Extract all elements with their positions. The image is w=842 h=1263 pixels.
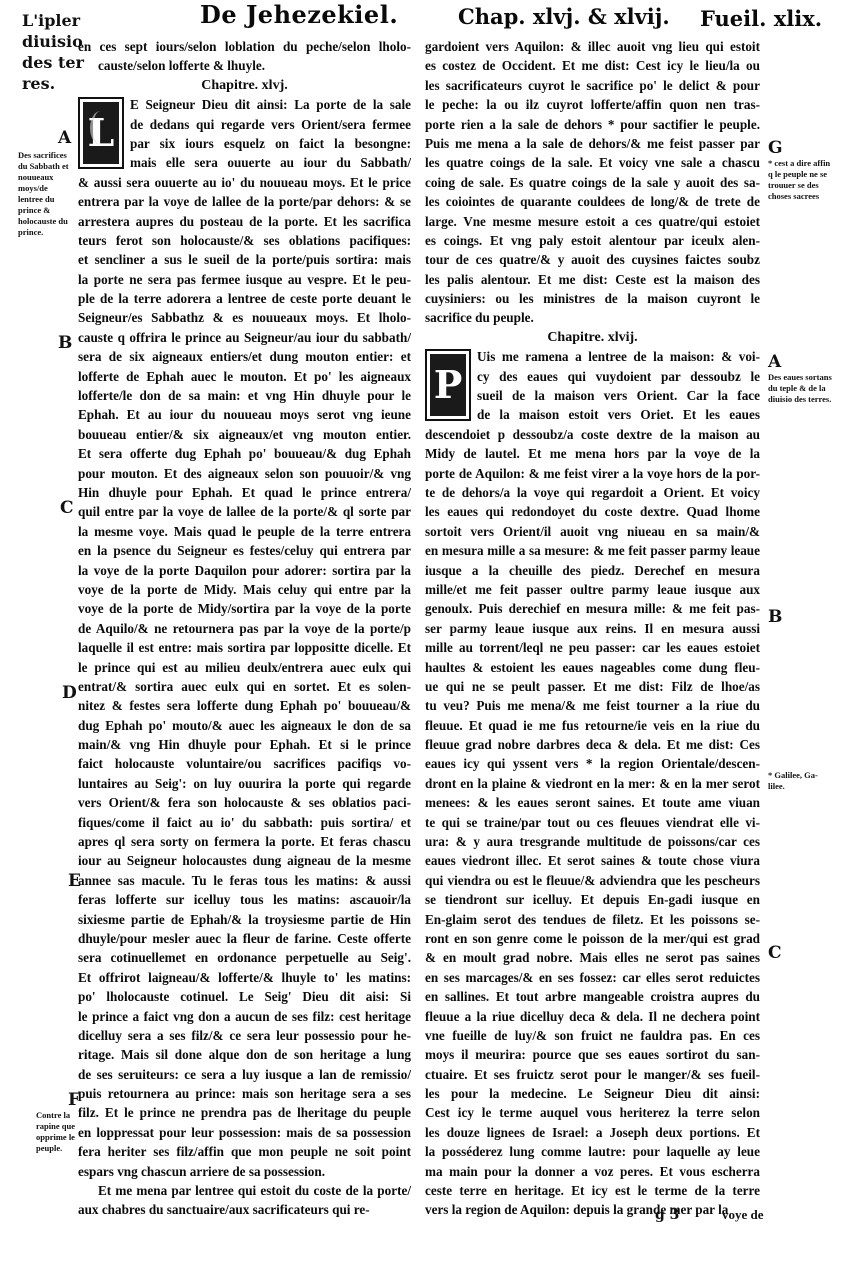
text-line: les quatre coings de la sale. Et voicy v…: [425, 153, 760, 172]
decorated-initial: P: [425, 349, 471, 421]
text-line: de la maison estoit vers Oriet. Et les e…: [477, 405, 760, 424]
chapter-heading: Chapitre. xlvj.: [78, 76, 411, 95]
foliage-ornament-icon: [90, 111, 111, 145]
text-line: dhuyle/pour mesler auec la fleur de fari…: [78, 929, 411, 948]
text-line: sortoit vers Orient/il auoit vng niueau …: [425, 522, 760, 541]
text-line: par six iours esquelz on faict la besong…: [130, 134, 411, 153]
text-line: les pour la medecine. Le Seigneur Dieu d…: [425, 1084, 760, 1103]
section-letter-g: G: [768, 138, 783, 158]
section-letter-e: E: [68, 871, 81, 891]
text-line: coing de sale. Es quatre coings de la sa…: [425, 173, 760, 192]
text-line: faict holocauste voluntaire/ou sacrifice…: [78, 754, 411, 773]
text-line: sixiesme partie de Ephah/& la troysiesme…: [78, 910, 411, 929]
text-line: de dedans qui regarde vers Orient/sera f…: [130, 115, 411, 134]
text-line: moys il meurira: pource que ses eaues so…: [425, 1045, 760, 1064]
text-line: luntaires au Seig': on luy ouurira la po…: [78, 774, 411, 793]
text-line: porte de Aquilon: & me feist virer a la …: [425, 464, 760, 483]
text-line: le prince qui est au milieu deulx/entrer…: [78, 658, 411, 677]
text-line: bouueau entier/& six aigneaux/et vng mou…: [78, 425, 411, 444]
text-line: sera de six aigneaux entiers/et dung mou…: [78, 347, 411, 366]
text-line: sacrifice du peuple.: [425, 308, 760, 327]
text-line: En-glaim serot des tendues de filetz. Et…: [425, 910, 760, 929]
text-line: voye de la porte de Midy/sortira par la …: [78, 599, 411, 618]
text-line: teurs ferot son holocauste/& ses oblatio…: [78, 231, 411, 250]
right-body-lines: descendoiet p dessoubz/a coste dextre de…: [425, 425, 760, 1220]
text-line: laquelle il est entre: mais sortira par …: [78, 638, 411, 657]
book-page: De Jehezekiel. Chap. xlvj. & xlvij. Fuei…: [0, 0, 842, 1263]
text-line: et sencliner a sus le sueil de la porte/…: [78, 250, 411, 269]
text-line: en la psence du Seigneur es festes/celuy…: [78, 541, 411, 560]
text-line: se tiendront sur icelluy. Et depuis En-g…: [425, 890, 760, 909]
text-line: Et sera offerte dug Ephah po' bouueau/& …: [78, 444, 411, 463]
text-line: en sallines. Et tout arbre mangeable cro…: [425, 987, 760, 1006]
text-line: cy des eaues qui vuydoient par dessoubz …: [477, 367, 760, 386]
section-letter-a-right: A: [768, 352, 781, 372]
initial-wrap-lines: E Seigneur Dieu dit ainsi: La porte de l…: [130, 95, 411, 173]
text-line: lofferte/le don de sa main: et vng Hin d…: [78, 386, 411, 405]
section-letter-d: D: [62, 683, 77, 703]
text-line: ser parmy leaue iusque aux reins. Il en …: [425, 619, 760, 638]
text-line: mille/et me feit passer oultre parmy lea…: [425, 580, 760, 599]
marginal-note-star: * Galilee, Ga-lilee.: [768, 770, 832, 792]
text-line: Seigneur/es Sabbathz & es nouueaux moys.…: [78, 308, 411, 327]
text-line: annee sas macule. Tu le feras tous les m…: [78, 871, 411, 890]
text-line: te qui se traine/par tout ou ces fleuues…: [425, 813, 760, 832]
text-line: les eaues qui redondoyet du coste dextre…: [425, 502, 760, 521]
section-letter-a: A: [58, 128, 71, 148]
text-line: menees: & les eaues seront saines. Et to…: [425, 793, 760, 812]
text-line: les sacrificateurs cuyrot le sacrifice p…: [425, 76, 760, 95]
text-line: ma main pour la donner a voz peres. Et v…: [425, 1162, 760, 1181]
text-line: & aussi sera ouuerte au io' du nouueau m…: [78, 173, 411, 192]
section-letter-b-right: B: [768, 607, 782, 627]
text-line: les coiointes de quarante couldees de lo…: [425, 192, 760, 211]
text-line: dug Ephah po' mouto/& auec les aigneaux …: [78, 716, 411, 735]
left-column: en ces sept iours/selon loblation du pec…: [78, 37, 411, 1220]
text-line: la voye de la porte Daquilon pour adorer…: [78, 561, 411, 580]
right-pre-lines: gardoient vers Aquilon: & illec auoit vn…: [425, 37, 760, 328]
text-line: porte rien a la sale de dehors * pour sa…: [425, 115, 760, 134]
marginal-note-a-right: Des eaues sortans du teple & de la diuis…: [768, 372, 832, 405]
text-line: entrera par la voye de lallee de la port…: [78, 192, 411, 211]
text-line: puis retournera au prince: mais son heri…: [78, 1084, 411, 1103]
text-line: aux chabres du sanctuaire/aux sacrificat…: [78, 1200, 411, 1219]
text-line: tu veu? Puis me mena/& me feist tourner …: [425, 696, 760, 715]
text-line: fera heriter ses filz/affin que mon peup…: [78, 1142, 411, 1161]
text-line: la posséderez lung comme lautre: pour la…: [425, 1142, 760, 1161]
text-line: haultes & estoient les eaues nageables c…: [425, 658, 760, 677]
text-line: Hin dhuyle pour Ephah. Et quad le prince…: [78, 483, 411, 502]
text-line: lofferte de Ephah auec le mouton. Et po'…: [78, 367, 411, 386]
text-line: ctuaire. Et ses fruictz serot pour le ma…: [425, 1065, 760, 1084]
text-line: pour mouton. Et des aigneaux selon son p…: [78, 464, 411, 483]
right-column: gardoient vers Aquilon: & illec auoit vn…: [425, 37, 760, 1220]
text-line: es coings. Et vng paly estoit alentour p…: [425, 231, 760, 250]
text-line: en loppressat pour leur possession: mais…: [78, 1123, 411, 1142]
text-line: iusque a la cheuille des piedz. Derechef…: [425, 561, 760, 580]
text-line: fleuue a la riue dicelluy deca & dela. I…: [425, 1007, 760, 1026]
text-line: fleuue. Et quad ie me fus retourne/ie ve…: [425, 716, 760, 735]
text-line: dicelluy sera a ses filz/& ce sera leur …: [78, 1026, 411, 1045]
text-line: de ses seruiteurs: ce sera a luy iusque …: [78, 1065, 411, 1084]
printer-signature: g 3: [655, 1207, 679, 1223]
catchword: voye de: [722, 1207, 764, 1223]
text-line: la porte ne sera pas fermee iusque au ve…: [78, 270, 411, 289]
text-line: en mesura mille a sa mesure: & me feit p…: [425, 541, 760, 560]
text-line: descendoiet p dessoubz/a coste dextre de…: [425, 425, 760, 444]
section-letter-c: C: [60, 498, 74, 518]
text-line: filz. Et le prince ne prendra pas de lhe…: [78, 1103, 411, 1122]
text-line: ront en son genre come le poisson de la …: [425, 929, 760, 948]
text-line: Ephah. Et au iour du nouueau moys serot …: [78, 405, 411, 424]
text-line: E Seigneur Dieu dit ainsi: La porte de l…: [130, 95, 411, 114]
section-letter-b: B: [58, 333, 72, 353]
text-line: espars vng chascun arriere de sa possess…: [78, 1162, 411, 1181]
text-line: Uis me ramena a lentree de la maison: & …: [477, 347, 760, 366]
text-line: tour de ces quatre/& y auoit des cuysine…: [425, 250, 760, 269]
initial-letter: P: [430, 354, 466, 416]
text-line: voye de la porte de Midy. Mais celuy qui…: [78, 580, 411, 599]
text-line: vne fueille de luy/& son fruict ne fauld…: [425, 1026, 760, 1045]
text-line: fiques/come il faict au io' du sabbath: …: [78, 813, 411, 832]
left-body-lines: & aussi sera ouuerte au io' du nouueau m…: [78, 173, 411, 1220]
section-letter-f: F: [68, 1090, 80, 1110]
text-line: causte/selon lofferte & lhuyle.: [78, 56, 411, 75]
text-line: Midy de lautel. Et me mena hors par la v…: [425, 444, 760, 463]
text-line: eaues viedront illec. Et serot saines & …: [425, 851, 760, 870]
text-line: main/& vng Hin dhuyle pour Ephah. Et si …: [78, 735, 411, 754]
text-line: Puis me mena a la sale de dehors/& me fe…: [425, 134, 760, 153]
text-line: le prince a faict vng don a aucun de ses…: [78, 1007, 411, 1026]
running-head-chapters: Chap. xlvj. & xlvij.: [458, 4, 670, 29]
text-line: sueil de la maison vers Orient. Car la f…: [477, 386, 760, 405]
text-line: es costez de Occident. Et me dist: Cest …: [425, 56, 760, 75]
text-line: ura: & y aura tresgrande multitude de po…: [425, 832, 760, 851]
marginal-note-f: Contre la rapine que opprime le peuple.: [36, 1110, 86, 1154]
text-line: apres ql sera sorty on fermera la porte.…: [78, 832, 411, 851]
text-line: en ces sept iours/selon loblation du pec…: [78, 37, 411, 56]
text-line: Cest icy le terme auquel vous heriterez …: [425, 1103, 760, 1122]
text-line: Et me mena par lentree qui estoit du cos…: [78, 1181, 411, 1200]
text-line: entrat/& sortira auec eulx qui en sortet…: [78, 677, 411, 696]
text-line: ue qui ne se peult passer. Et me dist: F…: [425, 677, 760, 696]
marginal-note-a: Des sacrifices du Sabbath et nouueaux mo…: [18, 150, 70, 238]
text-line: arrestera aupres du posteau de la porte.…: [78, 212, 411, 231]
text-line: causte q offrira le prince au Seigneur/a…: [78, 328, 411, 347]
text-line: nitez & festes sera lofferte dung Ephah …: [78, 696, 411, 715]
text-line: ceste terre en heritage. Et icy est le t…: [425, 1181, 760, 1200]
text-line: large. Vne mesme mesure estoit a ces qua…: [425, 212, 760, 231]
text-line: qui viendra ou est le fleuue/& adviendra…: [425, 871, 760, 890]
text-line: dront en la plaine & viedront en la mer:…: [425, 774, 760, 793]
text-line: fleuue grad nobre darbres deca & dela. E…: [425, 735, 760, 754]
text-line: de Aquilo/& ne retournera pas par la voy…: [78, 619, 411, 638]
text-line: Et offrirot laigneau/& lofferte/& lhuyle…: [78, 968, 411, 987]
text-line: vers Orient/& fera son holocauste & ses …: [78, 793, 411, 812]
chapter-heading: Chapitre. xlvij.: [425, 328, 760, 347]
text-line: mille au torrent/leql ne peu passer: car…: [425, 638, 760, 657]
text-line: vers la region de Aquilon: depuis la gra…: [425, 1200, 760, 1219]
text-line: quil entre par la voye de lallee de la p…: [78, 502, 411, 521]
text-line: po' lholocauste cotinuel. Le Seig' Dieu …: [78, 987, 411, 1006]
text-line: iour au Seigneur holocaustes dung aignea…: [78, 851, 411, 870]
running-head-title: De Jehezekiel.: [200, 0, 398, 29]
text-line: sera cotinuellemet en ordonance perpetue…: [78, 948, 411, 967]
text-line: te de dehors/a la voye qui regardoit a O…: [425, 483, 760, 502]
text-line: le peche: la ou ilz cuyrot lofferte/affi…: [425, 95, 760, 114]
text-line: les palis alentour. Et me dist: Ceste es…: [425, 270, 760, 289]
text-line: mais elle sera ouuerte au iour du Sabbat…: [130, 153, 411, 172]
section-letter-c-right: C: [768, 943, 782, 963]
text-line: genoulx. Puis derechief en mesura mille:…: [425, 599, 760, 618]
text-line: cuysiniers: ou les ministres de la maiso…: [425, 289, 760, 308]
text-line: eaues icy qui yssent vers * la region Or…: [425, 754, 760, 773]
text-line: en ses marcages/& en ses fossez: car ell…: [425, 968, 760, 987]
running-head-folio: Fueil. xlix.: [700, 6, 822, 31]
text-line: & en moult grad nobre. Mais elles ne ser…: [425, 948, 760, 967]
text-line: ple de la terre adorera a lentree de ces…: [78, 289, 411, 308]
decorated-initial: L: [78, 97, 124, 169]
text-line: gardoient vers Aquilon: & illec auoit vn…: [425, 37, 760, 56]
text-line: feras lofferte sur icelluy tous les mati…: [78, 890, 411, 909]
text-line: la mesme voye. Mais quad le peuple de la…: [78, 522, 411, 541]
initial-wrap-lines: Uis me ramena a lentree de la maison: & …: [477, 347, 760, 425]
text-line: ritage. Mais sil done alque don de son h…: [78, 1045, 411, 1064]
text-line: les douze lignees de Israel: a Joseph de…: [425, 1123, 760, 1142]
marginal-note-g: * cest a dire affin q le peuple ne se tr…: [768, 158, 832, 202]
